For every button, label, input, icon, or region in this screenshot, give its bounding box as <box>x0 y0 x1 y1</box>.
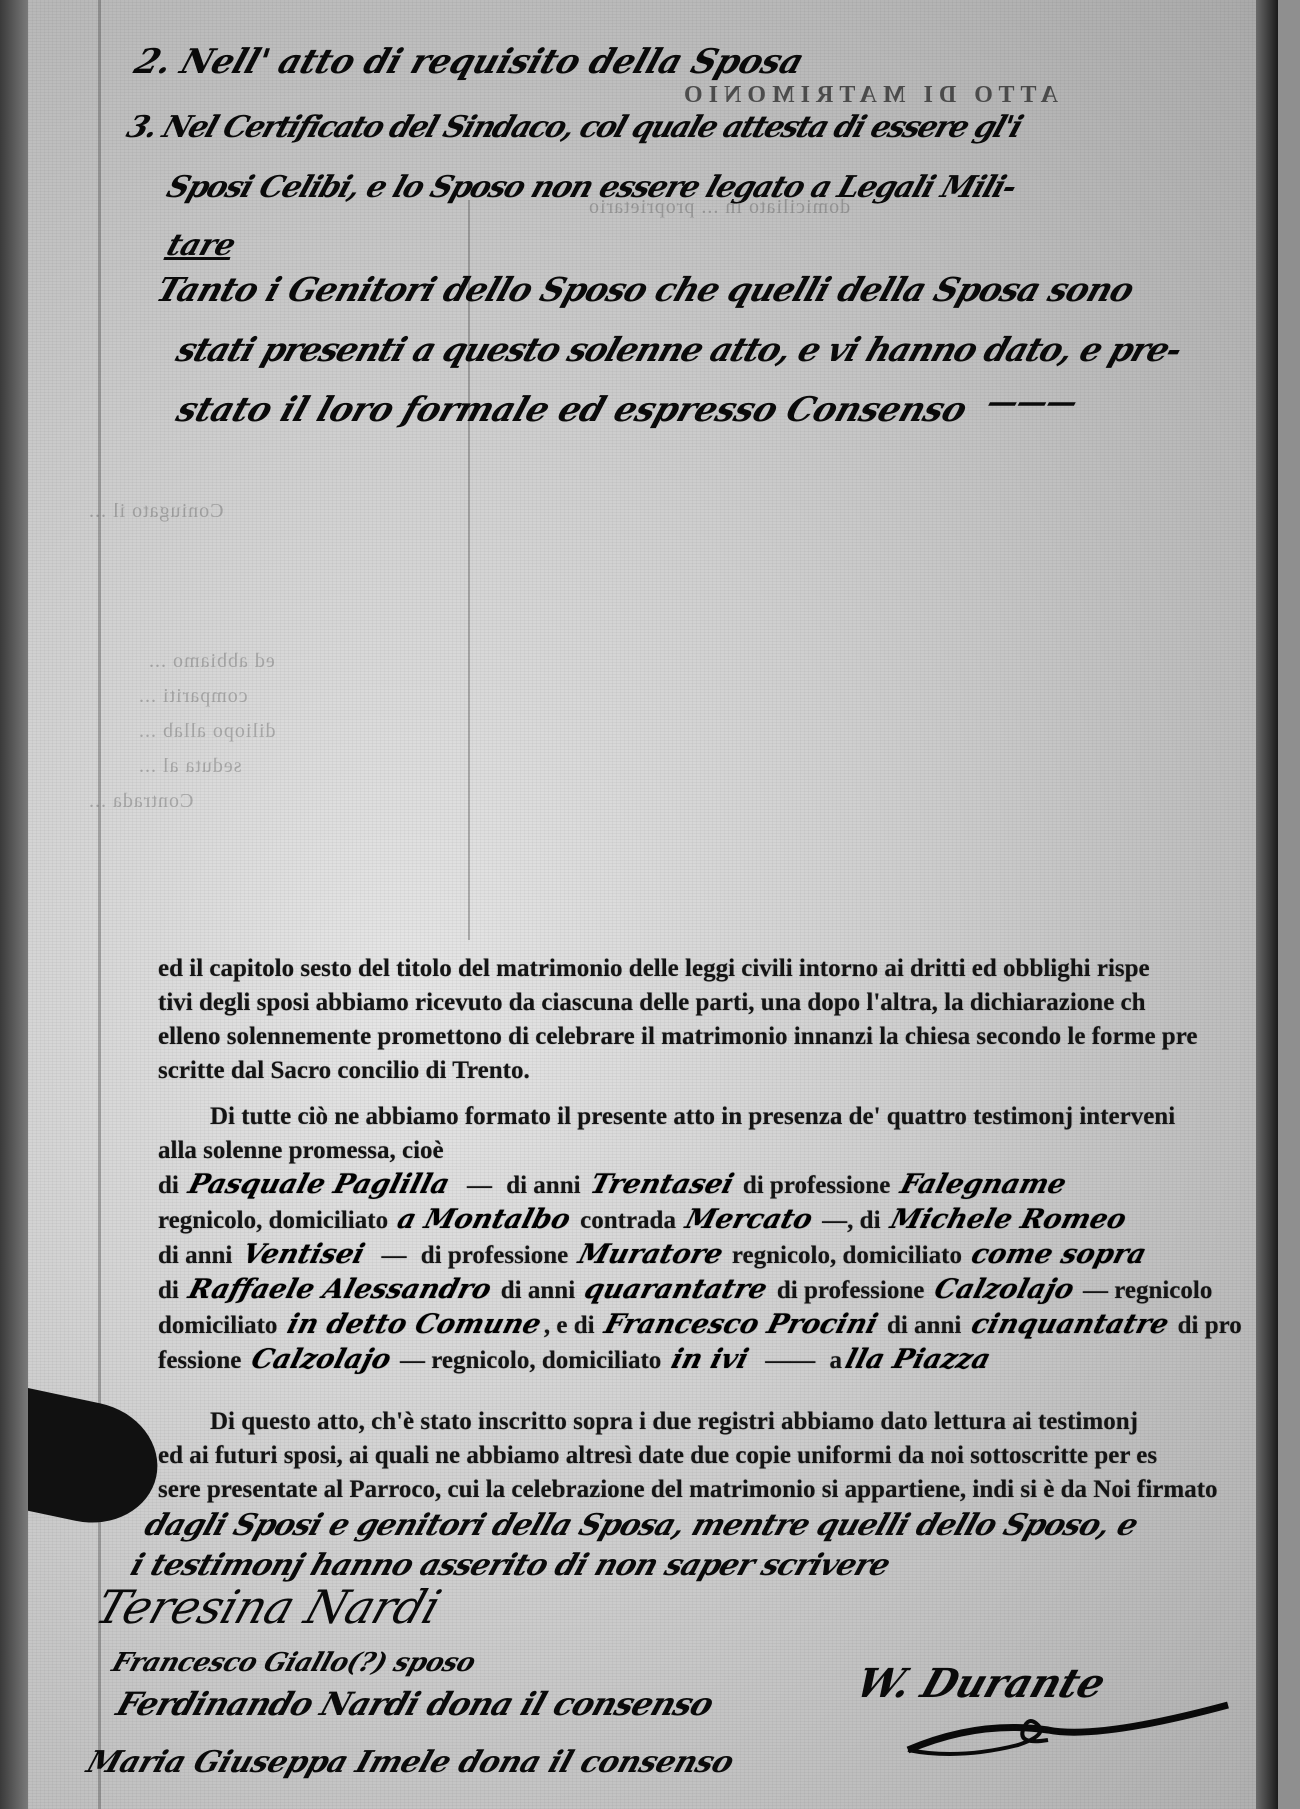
handwritten-note-line: Sposi Celibi, e lo Sposo non essere lega… <box>162 170 1020 205</box>
witness-contrada: Mercato <box>678 1203 821 1237</box>
handwritten-closing-line: dagli Sposi e genitori della Sposa, ment… <box>140 1508 1141 1543</box>
witness-age: Ventisei <box>234 1238 372 1272</box>
handwritten-closing-line: i testimonj hanno asserito di non saper … <box>126 1548 894 1583</box>
witness-line-4: di Raffaele Alessandro di anni quarantat… <box>158 1273 1278 1308</box>
printed-line: ed ai futuri sposi, ai quali ne abbiamo … <box>158 1439 1278 1473</box>
printed-line: elleno solennemente promettono di celebr… <box>158 1020 1278 1054</box>
witness-profession: Calzolajo <box>926 1273 1081 1307</box>
witness-name: Francesco Procini <box>596 1308 885 1342</box>
witness-domicile: in ivi <box>663 1343 756 1377</box>
document-page: ATTO DI MATRIMONIO domiciliato in ... pr… <box>28 0 1278 1809</box>
handwritten-note-line: stato il loro formale ed espresso Consen… <box>172 390 972 430</box>
bleed-through-text: compariti ... <box>138 685 248 708</box>
handwritten-note-line: 3. Nel Certificato del Sindaco, col qual… <box>122 110 1025 145</box>
witness-profession: Calzolajo <box>243 1343 398 1377</box>
signature-father: Ferdinando Nardi dona il consenso <box>112 1685 718 1723</box>
witness-line-5: domiciliato in detto Comune, e di France… <box>158 1308 1278 1343</box>
witness-paragraph: Di tutte ciò ne abbiamo formato il prese… <box>158 1100 1278 1378</box>
witness-profession: Muratore <box>570 1238 730 1272</box>
handwritten-note-line: stati presenti a questo solenne atto, e … <box>172 330 1187 369</box>
witness-domicile: come sopra <box>964 1238 1155 1272</box>
scan-right-edge <box>1256 0 1278 1809</box>
witness-domicile: a Montalbo <box>390 1203 579 1237</box>
witness-name: Michele Romeo <box>882 1203 1134 1237</box>
witness-name: Raffaele Alessandro <box>181 1273 500 1307</box>
bleed-through-text: diliopo allab ... <box>138 720 276 743</box>
witness-domicile: in detto Comune <box>279 1308 548 1342</box>
printed-line: sere presentate al Parroco, cui la celeb… <box>158 1473 1278 1507</box>
handwritten-note-line: tare <box>162 228 240 263</box>
witness-age: Trentasei <box>582 1168 741 1202</box>
printed-line: Di questo atto, ch'è stato inscritto sop… <box>158 1405 1278 1439</box>
witness-line-1: di Pasquale Paglilla — di anni Trentasei… <box>158 1168 1278 1203</box>
witness-street: lla Piazza <box>837 1343 998 1377</box>
witness-name: Pasquale Paglilla <box>181 1168 458 1202</box>
witness-line-3: di anni Ventisei — di professione Murato… <box>158 1238 1278 1273</box>
printed-line: alla solenne promessa, cioè <box>158 1134 1278 1168</box>
printed-line: Di tutte ciò ne abbiamo formato il prese… <box>158 1100 1278 1134</box>
witness-age: cinquantatre <box>963 1308 1176 1342</box>
bleed-through-text: seduta al ... <box>138 755 242 778</box>
thumb-shadow <box>28 1385 169 1536</box>
scan-left-edge <box>0 0 28 1809</box>
handwritten-note-line: 2. Nell' atto di requisito della Sposa <box>130 42 809 82</box>
bleed-through-text: Coniugato il ... <box>88 500 223 523</box>
printed-line: scritte dal Sacro concilio di Trento. <box>158 1054 1278 1088</box>
binding-margin-line <box>98 0 101 1809</box>
witness-profession: Falegname <box>892 1168 1073 1202</box>
form-column-rule <box>468 200 470 940</box>
bleed-through-text: Contrada ... <box>88 790 193 813</box>
printed-line: tivi degli sposi abbiamo ricevuto da cia… <box>158 986 1278 1020</box>
handwritten-rule: ——— <box>982 385 1082 420</box>
mirrored-form-header: ATTO DI MATRIMONIO <box>678 82 1058 109</box>
signature-bride: Teresina Nardi <box>89 1580 447 1634</box>
signature-groom: Francesco Giallo(?) sposo <box>108 1648 479 1678</box>
witness-line-6: fessione Calzolajo — regnicolo, domicili… <box>158 1343 1278 1378</box>
bleed-through-text: ed abbiamo ... <box>148 650 275 673</box>
witness-age: quarantatre <box>577 1273 775 1307</box>
signature-mother: Maria Giuseppa Imele dona il consenso <box>82 1745 738 1780</box>
printed-paragraph: Di questo atto, ch'è stato inscritto sop… <box>158 1405 1278 1507</box>
handwritten-note-line: Tanto i Genitori dello Sposo che quelli … <box>152 270 1139 309</box>
printed-paragraph: ed il capitolo sesto del titolo del matr… <box>158 952 1278 1088</box>
printed-line: ed il capitolo sesto del titolo del matr… <box>158 952 1278 986</box>
signature-flourish-icon <box>898 1700 1238 1760</box>
witness-line-2: regnicolo, domiciliato a Montalbo contra… <box>158 1203 1278 1238</box>
